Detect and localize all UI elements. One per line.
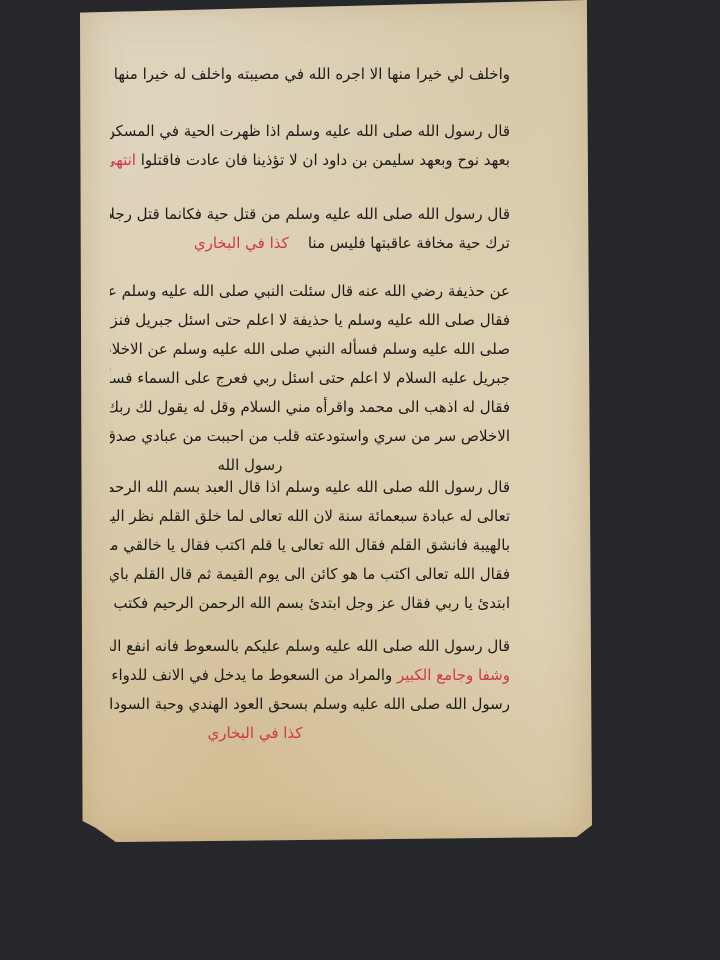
ink-text: ابتدئ يا ربي فقال عز وجل ابتدئ بسم الله …	[110, 594, 510, 612]
line: جبريل عليه السلام لا اعلم حتى اسئل ربي ف…	[110, 364, 510, 393]
rubric-text: وشفا وجامع الكبير	[397, 666, 510, 684]
rubric-text: كذا في البخاري	[194, 234, 289, 252]
ink-text: الاخلاص سر من سري واستودعته قلب من احببت…	[110, 427, 510, 445]
ink-text: واخلف لي خيرا منها الا اجره الله في مصيب…	[114, 65, 510, 83]
ink-text: قال رسول الله صلى الله عليه وسلم اذا ظهر…	[110, 122, 510, 140]
section-3: قال رسول الله صلى الله عليه وسلم من قتل …	[110, 200, 510, 258]
line: قال رسول الله صلى الله عليه وسلم عليكم ب…	[110, 632, 510, 661]
line: فقال الله تعالى اكتب ما هو كائن الى يوم …	[110, 560, 510, 589]
line: قال رسول الله صلى الله عليه وسلم من قتل …	[110, 200, 510, 229]
section-5: قال رسول الله صلى الله عليه وسلم اذا قال…	[110, 473, 510, 618]
line: ابتدئ يا ربي فقال عز وجل ابتدئ بسم الله …	[110, 589, 510, 618]
ink-text: رسول الله	[218, 456, 283, 474]
ink-text: تعالى له عبادة سبعمائة سنة لان الله تعال…	[110, 507, 510, 525]
rubric-text: كذا في البخاري	[208, 724, 303, 742]
ink-text: رسول الله صلى الله عليه وسلم بسحق العود …	[110, 695, 510, 713]
section-1: واخلف لي خيرا منها الا اجره الله في مصيب…	[110, 60, 510, 89]
ink-text: فقال الله تعالى اكتب ما هو كائن الى يوم …	[110, 565, 510, 583]
line: الاخلاص سر من سري واستودعته قلب من احببت…	[110, 422, 510, 451]
rubric-text: انتهى	[110, 151, 136, 169]
line: ترك حية مخافة عاقبتها فليس منا كذا في ال…	[110, 229, 510, 258]
ink-text: ترك حية مخافة عاقبتها فليس منا	[308, 234, 510, 252]
ink-text: فقال له اذهب الى محمد واقرأه مني السلام …	[110, 398, 510, 416]
ink-text: بالهيبة فانشق القلم فقال الله تعالى يا ق…	[110, 536, 510, 554]
line: فقال صلى الله عليه وسلم يا حذيفة لا اعلم…	[110, 306, 510, 335]
line: بالهيبة فانشق القلم فقال الله تعالى يا ق…	[110, 531, 510, 560]
ink-text: صلى الله عليه وسلم فسأله النبي صلى الله …	[110, 340, 510, 358]
ink-text: قال رسول الله صلى الله عليه وسلم عليكم ب…	[110, 637, 510, 655]
line: وشفا وجامع الكبير والمراد من السعوط ما ي…	[110, 661, 510, 690]
line: رسول الله صلى الله عليه وسلم بسحق العود …	[110, 690, 510, 719]
line: فقال له اذهب الى محمد واقرأه مني السلام …	[110, 393, 510, 422]
section-4: عن حذيفة رضي الله عنه قال سئلت النبي صلى…	[110, 277, 510, 480]
line: بعهد نوح وبعهد سليمن بن داود ان لا تؤذين…	[110, 146, 510, 175]
line: صلى الله عليه وسلم فسأله النبي صلى الله …	[110, 335, 510, 364]
ink-text: قال رسول الله صلى الله عليه وسلم اذا قال…	[110, 478, 510, 496]
ink-text: عن حذيفة رضي الله عنه قال سئلت النبي صلى…	[110, 282, 510, 300]
ink-text: فقال صلى الله عليه وسلم يا حذيفة لا اعلم…	[110, 311, 510, 329]
line: تعالى له عبادة سبعمائة سنة لان الله تعال…	[110, 502, 510, 531]
section-2: قال رسول الله صلى الله عليه وسلم اذا ظهر…	[110, 117, 510, 175]
ink-text: جبريل عليه السلام لا اعلم حتى اسئل ربي ف…	[110, 369, 510, 387]
line: عن حذيفة رضي الله عنه قال سئلت النبي صلى…	[110, 277, 510, 306]
line: واخلف لي خيرا منها الا اجره الله في مصيب…	[110, 60, 510, 89]
section-6: قال رسول الله صلى الله عليه وسلم عليكم ب…	[110, 632, 510, 748]
line: قال رسول الله صلى الله عليه وسلم اذا ظهر…	[110, 117, 510, 146]
ink-text: بعهد نوح وبعهد سليمن بن داود ان لا تؤذين…	[141, 151, 510, 169]
ink-text: قال رسول الله صلى الله عليه وسلم من قتل …	[110, 205, 510, 223]
line: قال رسول الله صلى الله عليه وسلم اذا قال…	[110, 473, 510, 502]
ink-text: والمراد من السعوط ما يدخل في الانف للدوا…	[110, 666, 392, 684]
line: كذا في البخاري	[110, 719, 510, 748]
